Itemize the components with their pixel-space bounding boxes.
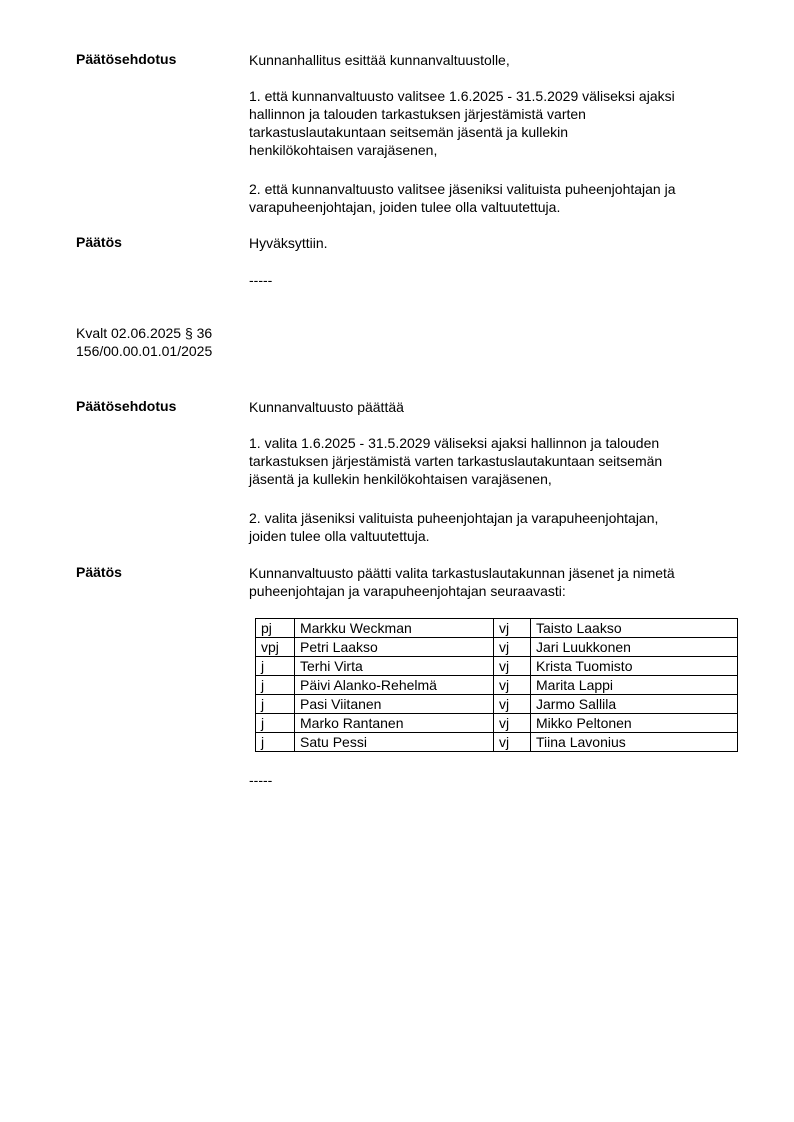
decision-text-1: Hyväksyttiin. bbox=[249, 234, 328, 252]
member-role: pj bbox=[256, 619, 295, 638]
table-row: jTerhi VirtavjKrista Tuomisto bbox=[256, 657, 738, 676]
decision-text-2: Kunnanvaltuusto päätti valita tarkastusl… bbox=[249, 564, 675, 600]
text-line: jäsentä ja kullekin henkilökohtaisen var… bbox=[249, 470, 662, 488]
text-line: Kunnanvaltuusto päätti valita tarkastusl… bbox=[249, 564, 675, 582]
proposal-item1-1: 1. että kunnanvaltuusto valitsee 1.6.202… bbox=[249, 87, 675, 159]
proposal-label-1: Päätösehdotus bbox=[76, 51, 176, 67]
proposal-label-2: Päätösehdotus bbox=[76, 398, 176, 414]
meeting-ref-line1: Kvalt 02.06.2025 § 36 bbox=[76, 324, 212, 342]
table-row: jPasi ViitanenvjJarmo Sallila bbox=[256, 695, 738, 714]
deputy-name: Tiina Lavonius bbox=[531, 733, 738, 752]
table-row: pjMarkku WeckmanvjTaisto Laakso bbox=[256, 619, 738, 638]
deputy-role: vj bbox=[494, 695, 531, 714]
decision-label-2: Päätös bbox=[76, 564, 122, 580]
proposal-intro-1: Kunnanhallitus esittää kunnanvaltuustoll… bbox=[249, 51, 510, 69]
table-row: jPäivi Alanko-RehelmävjMarita Lappi bbox=[256, 676, 738, 695]
proposal-item2-2: 2. valita jäseniksi valituista puheenjoh… bbox=[249, 509, 658, 545]
text-line: varapuheenjohtajan, joiden tulee olla va… bbox=[249, 198, 676, 216]
meeting-ref: Kvalt 02.06.2025 § 36 156/00.00.01.01/20… bbox=[76, 324, 212, 360]
deputy-role: vj bbox=[494, 657, 531, 676]
text-line: 1. että kunnanvaltuusto valitsee 1.6.202… bbox=[249, 87, 675, 105]
member-name: Marko Rantanen bbox=[295, 714, 494, 733]
table-row: jMarko RantanenvjMikko Peltonen bbox=[256, 714, 738, 733]
member-name: Markku Weckman bbox=[295, 619, 494, 638]
proposal-item2-1: 2. että kunnanvaltuusto valitsee jäsenik… bbox=[249, 180, 676, 216]
member-name: Satu Pessi bbox=[295, 733, 494, 752]
member-name: Pasi Viitanen bbox=[295, 695, 494, 714]
deputy-name: Jari Luukkonen bbox=[531, 638, 738, 657]
separator-2: ----- bbox=[249, 771, 272, 789]
member-role: j bbox=[256, 714, 295, 733]
decision-label-1: Päätös bbox=[76, 234, 122, 250]
deputy-name: Taisto Laakso bbox=[531, 619, 738, 638]
deputy-role: vj bbox=[494, 638, 531, 657]
deputy-name: Mikko Peltonen bbox=[531, 714, 738, 733]
text-line: joiden tulee olla valtuutettuja. bbox=[249, 527, 658, 545]
deputy-name: Jarmo Sallila bbox=[531, 695, 738, 714]
member-role: vpj bbox=[256, 638, 295, 657]
deputy-name: Krista Tuomisto bbox=[531, 657, 738, 676]
separator-1: ----- bbox=[249, 271, 272, 289]
meeting-ref-line2: 156/00.00.01.01/2025 bbox=[76, 342, 212, 360]
text-line: 2. että kunnanvaltuusto valitsee jäsenik… bbox=[249, 180, 676, 198]
members-table: pjMarkku WeckmanvjTaisto LaaksovpjPetri … bbox=[255, 618, 738, 752]
deputy-role: vj bbox=[494, 676, 531, 695]
text-line: henkilökohtaisen varajäsenen, bbox=[249, 141, 675, 159]
text-line: tarkastuslautakuntaan seitsemän jäsentä … bbox=[249, 123, 675, 141]
deputy-role: vj bbox=[494, 714, 531, 733]
member-name: Terhi Virta bbox=[295, 657, 494, 676]
deputy-role: vj bbox=[494, 619, 531, 638]
member-role: j bbox=[256, 695, 295, 714]
table-row: jSatu PessivjTiina Lavonius bbox=[256, 733, 738, 752]
proposal-intro-2: Kunnanvaltuusto päättää bbox=[249, 398, 404, 416]
member-name: Päivi Alanko-Rehelmä bbox=[295, 676, 494, 695]
member-role: j bbox=[256, 733, 295, 752]
member-role: j bbox=[256, 657, 295, 676]
table-row: vpjPetri LaaksovjJari Luukkonen bbox=[256, 638, 738, 657]
deputy-name: Marita Lappi bbox=[531, 676, 738, 695]
member-name: Petri Laakso bbox=[295, 638, 494, 657]
text-line: tarkastuksen järjestämistä varten tarkas… bbox=[249, 452, 662, 470]
text-line: 1. valita 1.6.2025 - 31.5.2029 väliseksi… bbox=[249, 434, 662, 452]
text-line: 2. valita jäseniksi valituista puheenjoh… bbox=[249, 509, 658, 527]
text-line: hallinnon ja talouden tarkastuksen järje… bbox=[249, 105, 675, 123]
deputy-role: vj bbox=[494, 733, 531, 752]
text-line: puheenjohtajan ja varapuheenjohtajan seu… bbox=[249, 582, 675, 600]
member-role: j bbox=[256, 676, 295, 695]
proposal-item1-2: 1. valita 1.6.2025 - 31.5.2029 väliseksi… bbox=[249, 434, 662, 488]
